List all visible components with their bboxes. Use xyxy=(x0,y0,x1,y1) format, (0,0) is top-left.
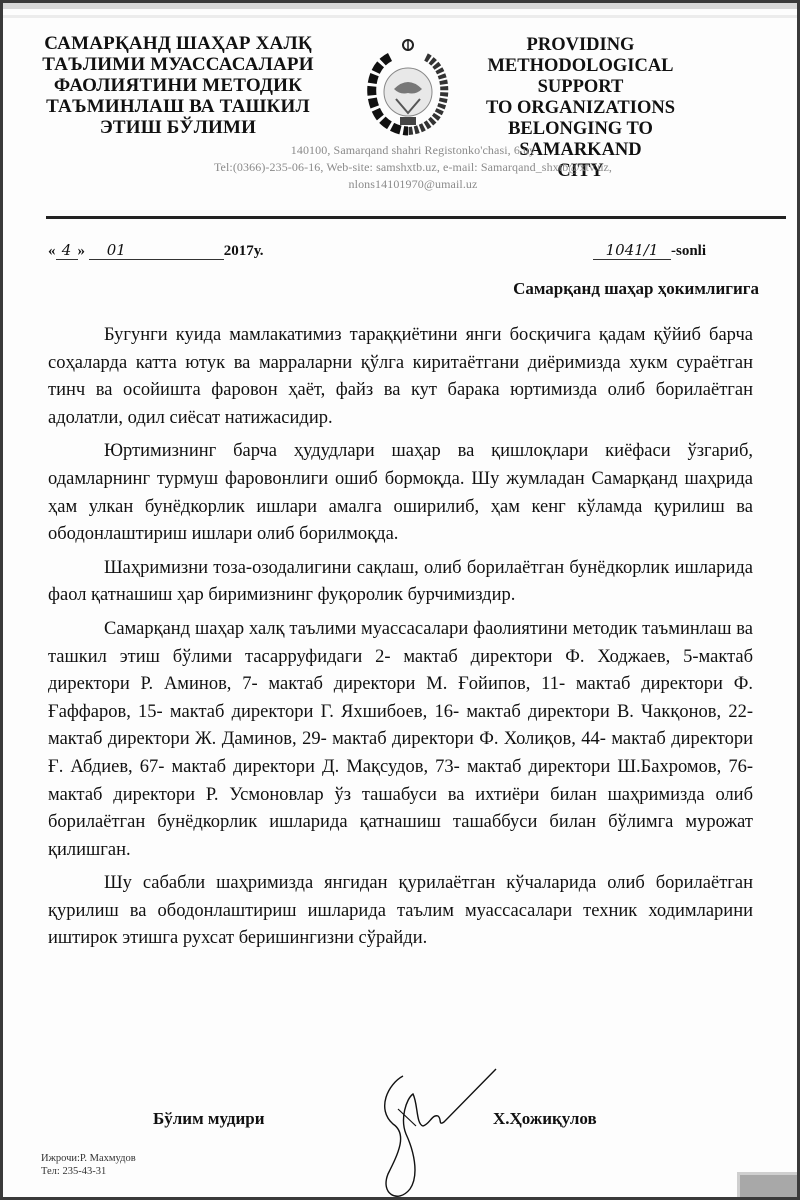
contact-address: 140100, Samarqand shahri Registonko'chas… xyxy=(93,142,733,193)
handwritten-signature-icon xyxy=(358,1064,498,1200)
letter-body: Бугунги куида мамлакатимиз тараққиётини … xyxy=(48,322,753,959)
paragraph: Самарқанд шаҳар халқ таълими муассасалар… xyxy=(48,616,753,864)
signatory-name: Х.Ҳожиқулов xyxy=(493,1109,597,1129)
date-day: 4 xyxy=(56,241,78,260)
date-month: 01 xyxy=(89,241,224,260)
date-year: 2017у. xyxy=(224,243,264,259)
letterhead-line: PROVIDING xyxy=(463,35,698,56)
registration-number: 1041/1-sonli xyxy=(593,241,706,260)
executor-info: Ижрочи:Р. Махмудов Тел: 235-43-31 xyxy=(41,1152,136,1178)
letterhead-line: ЭТИШ БЎЛИМИ xyxy=(33,117,323,138)
address-line: 140100, Samarqand shahri Registonko'chas… xyxy=(93,142,733,159)
paragraph: Шу сабабли шаҳримизда янгидан қурилаётга… xyxy=(48,870,753,953)
letterhead-line: САМАРҚАНД ШАҲАР ХАЛҚ xyxy=(33,33,323,54)
letterhead-line: ФАОЛИЯТИНИ МЕТОДИК xyxy=(33,75,323,96)
addressee: Самарқанд шаҳар ҳокимлигига xyxy=(513,279,759,299)
document-date: «4» 012017у. xyxy=(48,241,264,260)
scan-edge xyxy=(3,15,797,18)
scan-corner-artifact xyxy=(737,1172,797,1197)
paragraph: Бугунги куида мамлакатимиз тараққиётини … xyxy=(48,322,753,432)
reg-number-value: 1041/1 xyxy=(593,241,671,260)
executor-phone: Тел: 235-43-31 xyxy=(41,1165,136,1178)
letter-page: САМАРҚАНД ШАҲАР ХАЛҚ ТАЪЛИМИ МУАССАСАЛАР… xyxy=(3,3,797,1197)
quote-open: « xyxy=(48,243,56,259)
letterhead-line: ТАЪМИНЛАШ ВА ТАШКИЛ xyxy=(33,96,323,117)
signatory-title: Бўлим мудири xyxy=(153,1109,265,1129)
letterhead-line: TO ORGANIZATIONS xyxy=(463,98,698,119)
quote-close: » xyxy=(78,243,86,259)
executor-name: Ижрочи:Р. Махмудов xyxy=(41,1152,136,1165)
reg-suffix: -sonli xyxy=(671,243,706,259)
address-line: nlons14101970@umail.uz xyxy=(93,176,733,193)
letterhead-line: ТАЪЛИМИ МУАССАСАЛАРИ xyxy=(33,54,323,75)
state-emblem-icon xyxy=(360,37,456,137)
paragraph: Юртимизнинг барча ҳудудлари шаҳар ва қиш… xyxy=(48,438,753,548)
paragraph: Шаҳримизни тоза-озодалигини сақлаш, олиб… xyxy=(48,555,753,610)
letterhead-uzbek: САМАРҚАНД ШАҲАР ХАЛҚ ТАЪЛИМИ МУАССАСАЛАР… xyxy=(33,33,323,138)
header-divider xyxy=(46,216,786,219)
address-line: Tel:(0366)-235-06-16, Web-site: samshxtb… xyxy=(93,159,733,176)
letterhead-line: METHODOLOGICAL SUPPORT xyxy=(463,56,698,98)
